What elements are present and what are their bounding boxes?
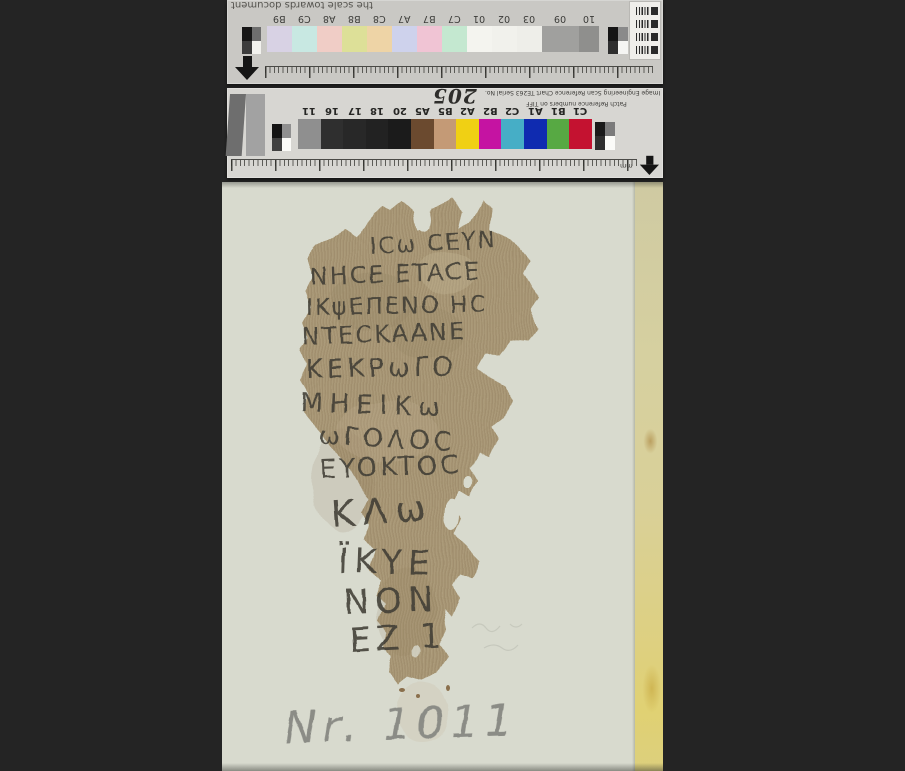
patch-swatch [547, 119, 570, 149]
color-patch-11: 11 [298, 102, 321, 149]
patch-label: C8 [373, 11, 386, 26]
coptic-text-line: NTECKAANE [301, 317, 466, 351]
patch-label: B2 [483, 102, 498, 119]
patch-swatch [392, 26, 417, 52]
patch-label: B1 [551, 102, 566, 119]
checker-cell [605, 136, 615, 150]
checker-cell [618, 27, 628, 41]
patch-label: C1 [573, 102, 587, 119]
checker-cell [595, 122, 605, 136]
color-patch-row: 1116171820A5B5A2B2C2A1B1C1 [298, 102, 592, 149]
scanned-photo-stage: the scale towards document B9C9A8B8C8A7B… [0, 0, 905, 771]
patch-swatch [366, 119, 389, 149]
color-patch-C9: C9 [292, 11, 317, 52]
patch-swatch [388, 119, 411, 149]
color-patch-20: 20 [388, 102, 411, 149]
color-patch-C1: C1 [569, 102, 592, 149]
checker-cell [272, 124, 282, 138]
patch-label: C2 [505, 102, 519, 119]
coptic-text-line: KΛω [330, 488, 435, 536]
patch-swatch [367, 26, 392, 52]
color-reference-chart-flipped: Image Engineering Scan Reference Chart T… [227, 88, 663, 178]
checker-patch [608, 27, 628, 54]
patch-label: A8 [323, 11, 336, 26]
color-patch-C2: C2 [501, 102, 524, 149]
color-patch-C7: C7 [442, 11, 467, 52]
patch-swatch [434, 119, 457, 149]
ruler-caption-text: the scale towards document [231, 0, 373, 10]
patch-swatch [492, 26, 517, 52]
color-patch-A8: A8 [317, 11, 342, 52]
checker-cell [242, 27, 252, 41]
color-patch-03: 03 [517, 11, 542, 52]
patch-label: B7 [423, 11, 436, 26]
checker-cell [595, 136, 605, 150]
color-patch-A2: A2 [456, 102, 479, 149]
patch-label: C7 [448, 11, 461, 26]
gray-gradient-patch [230, 94, 265, 156]
checker-patch [272, 124, 291, 151]
patch-label: 18 [370, 102, 384, 119]
color-patch-10: 10 [579, 11, 599, 52]
coptic-text-line: NHCE ETACE [309, 257, 481, 291]
inventory-number-handwriting: Nr. 1011 [283, 695, 520, 754]
patch-swatch [317, 26, 342, 52]
patch-label: 17 [348, 102, 362, 119]
patch-swatch [417, 26, 442, 52]
checker-cell [242, 41, 252, 55]
coptic-text-line: EYOKTOC [319, 450, 462, 485]
resolution-wedge [632, 6, 658, 15]
patch-swatch [321, 119, 344, 149]
patch-label: B5 [438, 102, 453, 119]
color-patch-C8: C8 [367, 11, 392, 52]
patch-label: B9 [273, 11, 286, 26]
coptic-text-line: KEKPωΓO [306, 352, 457, 385]
patch-label: A1 [528, 102, 543, 119]
ruler-ticks [265, 66, 653, 78]
checker-patch [242, 27, 261, 54]
color-patch-B1: B1 [547, 102, 570, 149]
checker-cell [282, 124, 292, 138]
patch-swatch [517, 26, 542, 52]
mat-bottom-shadow [222, 763, 663, 771]
patch-swatch [467, 26, 492, 52]
ruler-caption: the scale towards document [231, 0, 373, 10]
checker-cell [252, 27, 262, 41]
coptic-text-line: EZ 1 [348, 616, 447, 661]
patch-swatch [501, 119, 524, 149]
patch-label: C9 [298, 11, 311, 26]
patch-swatch [298, 119, 321, 149]
checker-cell [605, 122, 615, 136]
patch-label: 16 [325, 102, 339, 119]
patch-swatch [479, 119, 502, 149]
patch-label: 09 [554, 11, 566, 26]
color-patch-B2: B2 [479, 102, 502, 149]
patch-swatch [569, 119, 592, 149]
patch-swatch [292, 26, 317, 52]
color-patch-02: 02 [492, 11, 517, 52]
checker-cell [618, 41, 628, 55]
patch-swatch [342, 26, 367, 52]
faint-pencil-marks [472, 624, 522, 650]
color-patch-A7: A7 [392, 11, 417, 52]
mounting-mat: ICω CEYNNHCE ETACEIKψEΠENO HCNTECKAANEKE… [222, 182, 663, 771]
patch-label: 11 [302, 102, 316, 119]
coptic-text-line: ÏKYE [338, 541, 437, 584]
color-patch-A1: A1 [524, 102, 547, 149]
chart-maker-text-value: Image Engineering Scan Reference Chart T… [485, 89, 660, 96]
patch-swatch [579, 26, 599, 52]
checker-cell [282, 138, 292, 152]
mm-unit-label: mm [620, 162, 633, 170]
patch-swatch [442, 26, 467, 52]
resolution-wedge [632, 19, 658, 28]
color-patch-01: 01 [467, 11, 492, 52]
resolution-test-target [630, 2, 660, 59]
patch-label: 10 [583, 11, 595, 26]
checker-patch [595, 122, 615, 150]
checker-cell [252, 41, 262, 55]
patch-label: B8 [348, 11, 361, 26]
patch-label: A5 [415, 102, 430, 119]
color-patch-B9: B9 [267, 11, 292, 52]
resolution-wedge [632, 46, 658, 55]
patch-label: 01 [473, 11, 485, 26]
patch-swatch [343, 119, 366, 149]
patch-label: A7 [398, 11, 411, 26]
pastel-patch-row: B9C9A8B8C8A7B7C70102030910 [267, 11, 599, 52]
color-patch-B5: B5 [434, 102, 457, 149]
ruler-ticks [231, 159, 637, 171]
color-patch-B7: B7 [417, 11, 442, 52]
patch-label: 03 [523, 11, 535, 26]
down-arrow-icon [640, 156, 659, 175]
patch-label: A2 [460, 102, 475, 119]
checker-cell [608, 41, 618, 55]
color-patch-18: 18 [366, 102, 389, 149]
patch-swatch [267, 26, 292, 52]
patch-label: 20 [393, 102, 407, 119]
patch-swatch [524, 119, 547, 149]
patch-swatch [456, 119, 479, 149]
checker-cell [608, 27, 618, 41]
mat-top-shadow [222, 182, 663, 188]
color-patch-B8: B8 [342, 11, 367, 52]
grayscale-color-ruler-flipped: the scale towards document B9C9A8B8C8A7B… [227, 0, 663, 84]
patch-label: 02 [498, 11, 510, 26]
coptic-text-line: MHEIKω [300, 388, 448, 423]
checker-cell [272, 138, 282, 152]
patch-swatch [542, 26, 579, 52]
patch-swatch [411, 119, 434, 149]
color-patch-A5: A5 [411, 102, 434, 149]
down-arrow-icon [235, 56, 259, 80]
papyrus-fragment-graphic: ICω CEYNNHCE ETACEIKψEΠENO HCNTECKAANEKE… [222, 182, 663, 771]
resolution-wedge [632, 33, 658, 42]
color-patch-09: 09 [542, 11, 579, 52]
chart-maker-text: Image Engineering Scan Reference Chart T… [485, 89, 660, 96]
color-patch-17: 17 [343, 102, 366, 149]
color-patch-16: 16 [321, 102, 344, 149]
mm-unit-value: mm [620, 162, 633, 170]
